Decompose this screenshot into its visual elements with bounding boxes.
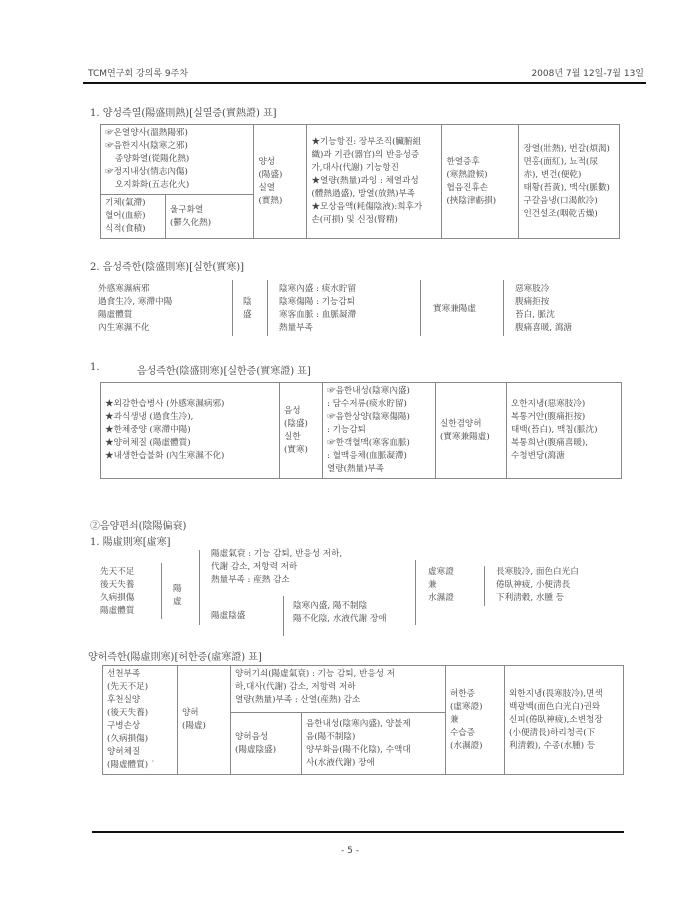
sub-effect-item: 陽不化陰, 水液代謝 장애 [293, 613, 387, 626]
s1-causes-bottom-left: 기체(氣滯) 혈어(血瘀) 식적(食積) [101, 195, 166, 239]
cell-line: : 혈맥응체(血脈凝滯) [327, 450, 431, 463]
header-rule [83, 82, 646, 84]
symptom-item: 腹痛喜暖, 瀉溏 [515, 322, 572, 335]
cell-line: 양허기쇠(陽虛氣衰) : 기능 감퇴, 반응성 저 [235, 668, 441, 681]
bracket-right [420, 280, 421, 336]
s3-col2: 음성 (陰盛) 실한 (實寒) [280, 383, 323, 479]
cell-line: (實寒兼陽虛) [440, 431, 502, 444]
s1-causes-bottom-right: 울구화열 (鬱久化熱) [166, 195, 254, 239]
cell-line: 식적(食積) [105, 223, 161, 236]
cell-line: (陽虛陰盛) [235, 744, 297, 757]
s4-sub-label: 陽虛陰盛 [211, 610, 245, 623]
cell-line: ☞음한상양(陰寒傷陽) [327, 411, 431, 424]
s3-col3: ☞음한내성(陰寒內盛) : 담수저류(痰水貯留) ☞음한상양(陰寒傷陽) : 기… [323, 383, 436, 479]
cell-line: 양허음성 [235, 731, 297, 744]
s4-effects: 陽虛氣衰 : 기능 감퇴, 반응성 저하, 代謝 감소, 저항력 저하 熱量부족… [211, 548, 342, 587]
cell-line: ★외감한습병사 (外感寒濕病邪) [105, 398, 275, 411]
s4-result: 虛寒證 兼 水濕證 [428, 566, 454, 605]
cell-line: 음(陽不制陰) [306, 731, 441, 744]
cell-line: 수습증 [450, 727, 500, 740]
cell-line: 음성 [284, 405, 318, 418]
cell-line: ☞음한내성(陰寒內盛) [327, 385, 431, 398]
cell-line: 종양화열(從陽化熱) [105, 153, 249, 166]
symptom-item: 長寒肢冷, 面色白光白 [496, 566, 579, 579]
s5-col4: 허한증 (虛寒證) 兼 수습증 (水濕證) [446, 666, 505, 775]
cell-line: 수청변당(瀉溏 [511, 450, 617, 463]
document-header-title: TCM연구회 강의록 9주차 [88, 66, 188, 79]
cell-line: ☞온열양사(溫熱陽邪) [105, 127, 249, 140]
cell-line: 양성 [258, 156, 302, 169]
cell-line: 兼 [450, 714, 500, 727]
section4-title: 1. 陽虛則寒[虛寒] [90, 533, 171, 548]
section3-title: 음성즉한(陰盛則寒)[실한증(實寒證) 표] [137, 362, 311, 377]
cell-line: 허한증 [450, 688, 500, 701]
cell-line: 열량(熱量)부족 : 산열(産熱) 감소 [235, 694, 441, 707]
bracket-right [415, 560, 416, 625]
s2-effects: 陰寒內盛 : 痰水貯留 陰寒傷陽 : 기능감퇴 寒客血脈 : 血脈凝滯 熱量부족 [279, 283, 356, 335]
cell-line: ☞음한지사(陰寒之邪) [105, 140, 249, 153]
cell-line: 실열 [258, 182, 302, 195]
cell-line: 양허 [182, 707, 226, 720]
cell-line: 양부화음(陽不化陰), 수액대 [306, 744, 441, 757]
cell-line: (實寒) [284, 444, 318, 457]
section5-table: 선천부족 (先天不足) 후천실양 (後天失養) 구병손상 (久病損傷) 양허체질… [102, 665, 624, 775]
cell-line: 실한 [284, 431, 318, 444]
cause-item: 陽虛體質 [100, 605, 134, 618]
cell-line: ★양허체질 (陽虛體質) [105, 437, 275, 450]
cell-line: 손(可損) 및 신정(腎精) [311, 214, 437, 227]
bracket-right [232, 280, 233, 336]
s2-causes: 外感寒濕病邪 過食生冷, 寒滯中陽 陽虛體質 內生寒濕不化 [98, 283, 172, 335]
cell-line: 오한지냉(惡寒肢冷) [511, 398, 617, 411]
cell-line: (虛寒證) [450, 701, 500, 714]
cell-line: 장열(壯熱), 번갈(煩渴) [523, 143, 615, 156]
cause-item: 久病損傷 [100, 592, 134, 605]
cell-line: (水濕證) [450, 740, 500, 753]
result-item: 水濕證 [428, 592, 454, 605]
cell-line: (寒熱證候) [446, 169, 514, 182]
bracket-left [484, 566, 485, 606]
cell-line: (鬱久化熱) [170, 217, 249, 230]
cause-item: 後天失養 [100, 579, 134, 592]
cell-line: 울구화열 [170, 204, 249, 217]
section3-number: 1. [90, 362, 100, 373]
page-number: - 5 - [0, 846, 700, 856]
symptom-item: 腹痛拒按 [515, 296, 572, 309]
s1-col4: 한열증후 (寒熱證候) 협음진휴손 (挾陰津虧損) [442, 125, 519, 239]
effect-item: 陰寒傷陽 : 기능감퇴 [279, 296, 356, 309]
cell-line: 한열증후 [446, 156, 514, 169]
cell-line: ☞정지내상(情志內傷) [105, 166, 249, 179]
section3-table: ★외감한습병사 (外感寒濕病邪) ★과식생냉 (過食生冷), ★한체중양 (寒滯… [100, 382, 622, 479]
s2-center: 陰 盛 [243, 296, 252, 322]
bracket-right [161, 563, 162, 619]
s3-col4: 실한겸양허 (實寒兼陽虛) [436, 383, 507, 479]
cell-line: ★과식생냉 (過食生冷), [105, 411, 275, 424]
s1-col5: 장열(壯熱), 번갈(煩渴) 면홍(面紅), 뇨적(尿 赤), 변건(便乾) 태… [519, 125, 620, 239]
cell-line: 利淸穀), 수종(水腫) 등 [509, 740, 619, 753]
s5-col1: 선천부족 (先天不足) 후천실양 (後天失養) 구병손상 (久病損傷) 양허체질… [103, 666, 178, 775]
cell-line: (體熱過盛), 방열(放熱)부족 [311, 188, 437, 201]
cell-line: 태백(苔白), 맥침(脈沈) [511, 424, 617, 437]
s5-col2: 양허 (陽虛) [178, 666, 231, 775]
s1-col2: 양성 (陽盛) 실열 (實熱) [254, 125, 307, 239]
cell-line: 가,대사(代謝) 기능항진 [311, 162, 437, 175]
cell-line: 후천실양 [107, 694, 173, 707]
s2-symptoms: 惡寒肢冷 腹痛拒按 苔白, 脈沈 腹痛喜暖, 瀉溏 [515, 283, 572, 335]
cell-line: (陽虛) [182, 720, 226, 733]
result-item: 兼 [428, 579, 454, 592]
symptom-item: 倦臥神疲, 小便淸長 [496, 579, 579, 592]
s4-sub-effects: 陰寒內盛, 陽不制陰 陽不化陰, 水液代謝 장애 [293, 600, 387, 626]
cell-line: 혈어(血瘀) [105, 210, 161, 223]
effect-item: 陰寒內盛 : 痰水貯留 [279, 283, 356, 296]
bracket-left [283, 596, 284, 636]
cell-line: 선천부족 [107, 668, 173, 681]
cell-line: ★열량(熱量)과잉 : 체열과성 [311, 175, 437, 188]
result-item: 虛寒證 [428, 566, 454, 579]
cell-line: ★모상음액(耗傷陰液):희후가 [311, 201, 437, 214]
cause-item: 內生寒濕不化 [98, 322, 172, 335]
center-char: 盛 [243, 309, 252, 322]
effect-item: 陽虛氣衰 : 기능 감퇴, 반응성 저하, [211, 548, 342, 561]
cell-line: (久病損傷) [107, 733, 173, 746]
effect-item: 寒客血脈 : 血脈凝滯 [279, 309, 356, 322]
section1-title: 1. 양성즉열(陽盛則熱)[실열증(實熱證) 표] [90, 104, 277, 119]
cell-line: 하,대사(代謝) 감소, 저항력 저하 [235, 681, 441, 694]
cell-line: 실한겸양허 [440, 418, 502, 431]
cell-line: 음한내성(陰寒內盛), 양불제 [306, 718, 441, 731]
cell-line: 면홍(面紅), 뇨적(尿 [523, 156, 615, 169]
cell-line: 구갈음냉(口渴飮冷) [523, 195, 615, 208]
symptom-item: 惡寒肢冷 [515, 283, 572, 296]
s3-col5: 오한지냉(惡寒肢冷) 복통거안(腹痛拒按) 태백(苔白), 맥침(脈沈) 복통희… [507, 383, 622, 479]
bracket-left [267, 280, 268, 336]
effect-item: 熱量부족 : 産熱 감소 [211, 574, 342, 587]
document-header-date: 2008년 7월 12일-7월 13일 [531, 66, 644, 79]
symptom-item: 下利淸穀, 水腫 등 [496, 592, 579, 605]
cell-line: ★기능항진: 장부조직(臟腑組 [311, 136, 437, 149]
cell-line: : 담수저류(痰水貯留) [327, 398, 431, 411]
s1-causes-top: ☞온열양사(溫熱陽邪) ☞음한지사(陰寒之邪) 종양화열(從陽化熱) ☞정지내상… [101, 125, 254, 195]
symptom-item: 苔白, 脈沈 [515, 309, 572, 322]
cell-line: 인건설조(咽乾舌燥) [523, 208, 615, 221]
center-char: 陽 [173, 583, 182, 596]
effect-item: 熱量부족 [279, 322, 356, 335]
s3-col1: ★외감한습병사 (外感寒濕病邪) ★과식생냉 (過食生冷), ★한체중양 (寒滯… [101, 383, 280, 479]
s4-symptoms: 長寒肢冷, 面色白光白 倦臥神疲, 小便淸長 下利淸穀, 水腫 등 [496, 566, 579, 605]
effect-item: 代謝 감소, 저항력 저하 [211, 561, 342, 574]
cause-item: 外感寒濕病邪 [98, 283, 172, 296]
cell-line: 신피(倦臥神疲),소변청장 [509, 714, 619, 727]
cell-line: 외한지냉(畏寒肢冷),면색 [509, 688, 619, 701]
cell-line: 백광백(面色白光白)권와 [509, 701, 619, 714]
section4-heading: ②음양편쇠(陰陽偏衰) [90, 517, 186, 532]
cell-line: 복통거안(腹痛拒按) [511, 411, 617, 424]
s2-result: 實寒兼陽虛 [433, 303, 476, 316]
center-char: 陰 [243, 296, 252, 309]
cell-line: (實熱) [258, 195, 302, 208]
s5-col5: 외한지냉(畏寒肢冷),면색 백광백(面色白光白)권와 신피(倦臥神疲),소변청장… [505, 666, 624, 775]
cause-item: 過食生冷, 寒滯中陽 [98, 296, 172, 309]
cell-line: 구병손상 [107, 720, 173, 733]
cell-line: ☞한객혈맥(寒客血脈) [327, 437, 431, 450]
bracket-left [503, 280, 504, 336]
s4-center: 陽 虛 [173, 583, 182, 609]
sub-effect-item: 陰寒內盛, 陽不制陰 [293, 600, 387, 613]
cell-line: : 기능감퇴 [327, 424, 431, 437]
s5-col3-sub: 음한내성(陰寒內盛), 양불제 음(陽不制陰) 양부화음(陽不化陰), 수액대 … [302, 713, 446, 775]
cell-line: (陰盛) [284, 418, 318, 431]
cell-line: 협음진휴손 [446, 182, 514, 195]
cell-line: 織)과 기관(器官)의 반응성증 [311, 149, 437, 162]
cell-line: (挾陰津虧損) [446, 195, 514, 208]
cell-line: (後天失養) [107, 707, 173, 720]
cell-line: (陽盛) [258, 169, 302, 182]
cause-item: 先天不足 [100, 566, 134, 579]
s5-col3-top: 양허기쇠(陽虛氣衰) : 기능 감퇴, 반응성 저 하,대사(代謝) 감소, 저… [231, 666, 446, 713]
cell-line: (陽虛體質) ˙ [107, 759, 173, 772]
s4-causes: 先天不足 後天失養 久病損傷 陽虛體質 [100, 566, 134, 618]
section1-table: ☞온열양사(溫熱陽邪) ☞음한지사(陰寒之邪) 종양화열(從陽化熱) ☞정지내상… [100, 124, 620, 239]
cell-line: 열량(熱量)부족 [327, 463, 431, 476]
s5-col3-sub-label: 양허음성 (陽虛陰盛) [231, 713, 302, 775]
bracket-left [199, 550, 200, 625]
cell-line: 기체(氣滯) [105, 197, 161, 210]
cell-line: (小便淸長)하리청곡(下 [509, 727, 619, 740]
cell-line: (先天不足) [107, 681, 173, 694]
cell-line: 태황(苔黃), 맥삭(脈數) [523, 182, 615, 195]
section5-title: 양허즉한(陽虛則寒)[허한증(虛寒證) 표] [88, 648, 262, 663]
cell-line: 사(水液代謝) 장애 [306, 757, 441, 770]
cell-line: 오지화화(五志化火) [105, 179, 249, 192]
cell-line: 양허체질 [107, 746, 173, 759]
center-char: 虛 [173, 596, 182, 609]
cell-line: ★한체중양 (寒滯中陽) [105, 424, 275, 437]
cell-line: 赤), 변건(便乾) [523, 169, 615, 182]
s1-col3: ★기능항진: 장부조직(臟腑組 織)과 기관(器官)의 반응성증 가,대사(代謝… [307, 125, 442, 239]
footer-rule [92, 831, 624, 833]
cell-line: ★내생한습불화 (內生寒濕不化) [105, 450, 275, 463]
cell-line: 복통희난(腹痛喜暖), [511, 437, 617, 450]
section2-title: 2. 음성즉한(陰盛則寒)[실한(實寒)] [90, 258, 244, 273]
cause-item: 陽虛體質 [98, 309, 172, 322]
